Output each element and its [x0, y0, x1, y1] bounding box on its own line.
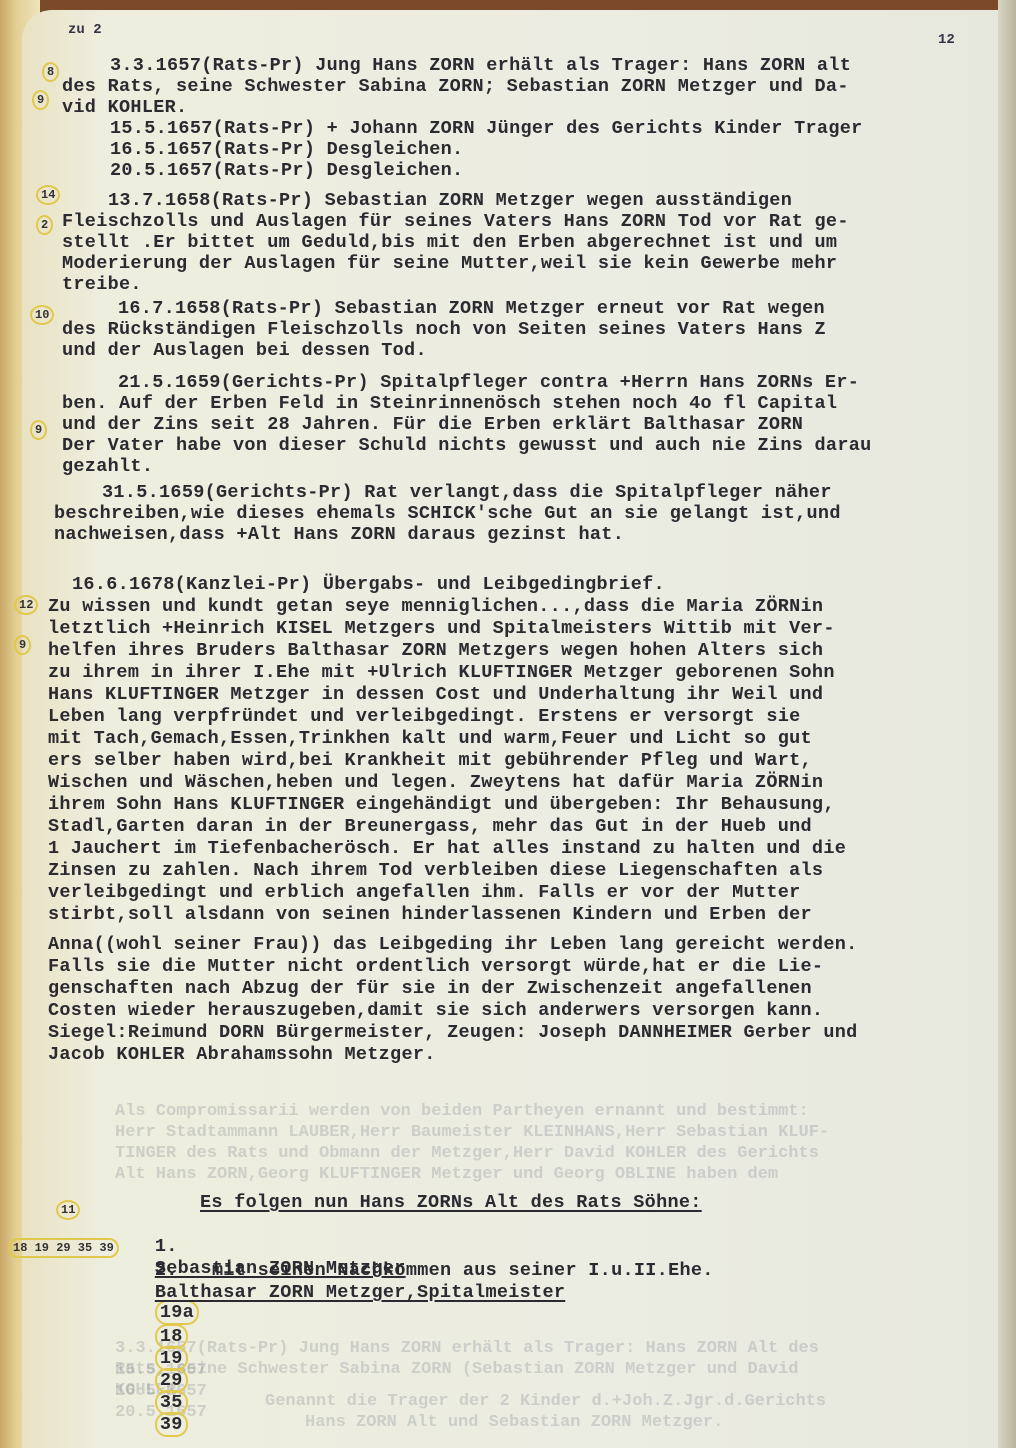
- entry-line: Moderierung der Auslagen für seine Mutte…: [62, 253, 837, 275]
- entry-line: Leben lang verpfründet und verleibgeding…: [48, 706, 801, 728]
- entry-line: des Rats, seine Schwester Sabina ZORN; S…: [62, 76, 849, 98]
- son-ref: 39: [155, 1412, 188, 1437]
- entry-line: Costen wieder herauszugeben,damit sie si…: [48, 1000, 823, 1022]
- son-number: 2.: [155, 1260, 178, 1281]
- son-name: Balthasar ZORN Metzger,Spitalmeister: [155, 1282, 565, 1303]
- entry-line: ers selber haben wird,bei Krankheit mit …: [48, 750, 812, 772]
- entry-line: 3.3.1657(Rats-Pr) Jung Hans ZORN erhält …: [110, 55, 851, 77]
- entry-line: 31.5.1659(Gerichts-Pr) Rat verlangt,dass…: [102, 482, 832, 504]
- entry-line: Hans KLUFTINGER Metzger in dessen Cost u…: [48, 684, 823, 706]
- entry-line: 1 Jauchert im Tiefenbacherösch. Er hat a…: [48, 838, 846, 860]
- entry-line: Falls sie die Mutter nicht ordentlich ve…: [48, 956, 823, 978]
- entry-line: gezahlt.: [62, 456, 153, 478]
- entry-line: stirbt,soll alsdann von seinen hinderlas…: [48, 904, 812, 926]
- bleed-through-block-1: Als Compromissarii werden von beiden Par…: [115, 1080, 829, 1185]
- son-continuation: mit seinen Nachkommen aus seiner I.u.II.…: [212, 1260, 714, 1282]
- entry-line: 13.7.1658(Rats-Pr) Sebastian ZORN Metzge…: [108, 190, 792, 212]
- entry-line: zu ihrem in ihrer I.Ehe mit +Ulrich KLUF…: [48, 662, 835, 684]
- entry-line: Wischen und Wäschen,heben und legen. Zwe…: [48, 772, 823, 794]
- entry-line: ihrem Sohn Hans KLUFTINGER eingehändigt …: [48, 794, 835, 816]
- entry-line: Siegel:Reimund DORN Bürgermeister, Zeuge…: [48, 1022, 858, 1044]
- page-number: 12: [938, 32, 955, 48]
- entry-line: 15.5.1657(Rats-Pr) + Johann ZORN Jünger …: [110, 118, 863, 140]
- entry-line: Der Vater habe von dieser Schuld nichts …: [62, 435, 872, 457]
- entry-line: beschreiben,wie dieses ehemals SCHICK'sc…: [54, 503, 841, 525]
- header-reference: zu 2: [68, 22, 102, 38]
- entry-line: stellt .Er bittet um Geduld,bis mit den …: [62, 232, 837, 254]
- margin-refs-circled: 18 19 29 35 39: [8, 1238, 119, 1258]
- entry-line: 16.5.1657(Rats-Pr) Desgleichen.: [110, 139, 463, 161]
- entry-line: 16.6.1678(Kanzlei-Pr) Übergabs- und Leib…: [72, 574, 665, 596]
- entry-line: nachweisen,dass +Alt Hans ZORN daraus ge…: [54, 524, 624, 546]
- entry-line: Jacob KOHLER Abrahamssohn Metzger.: [48, 1044, 436, 1066]
- entry-line: und der Auslagen bei dessen Tod.: [62, 340, 427, 362]
- page-edge: [998, 0, 1016, 1448]
- entry-line: Fleischzolls und Auslagen für seines Vat…: [62, 211, 849, 233]
- entry-line: 16.7.1658(Rats-Pr) Sebastian ZORN Metzge…: [118, 298, 825, 320]
- entry-line: 20.5.1657(Rats-Pr) Desgleichen.: [110, 160, 463, 182]
- entry-line: treibe.: [62, 274, 142, 296]
- entry-line: und der Zins seit 28 Jahren. Für die Erb…: [62, 414, 803, 436]
- sons-heading: Es folgen nun Hans ZORNs Alt des Rats Sö…: [200, 1192, 702, 1214]
- entry-line: 21.5.1659(Gerichts-Pr) Spitalpfleger con…: [118, 372, 859, 394]
- entry-line: Anna((wohl seiner Frau)) das Leibgeding …: [48, 934, 858, 956]
- entry-line: helfen ihres Bruders Balthasar ZORN Metz…: [48, 640, 823, 662]
- entry-line: letztlich +Heinrich KISEL Metzgers und S…: [48, 618, 835, 640]
- entry-line: ben. Auf der Erben Feld in Steinrinnenös…: [62, 393, 837, 415]
- entry-line: mit Tach,Gemach,Essen,Trinkhen kalt und …: [48, 728, 812, 750]
- entry-line: verleibgedingt und erblich angefallen ih…: [48, 882, 801, 904]
- entry-line: des Rückständigen Fleischzolls noch von …: [62, 319, 826, 341]
- entry-line: Zinsen zu zahlen. Nach ihrem Tod verblei…: [48, 860, 823, 882]
- entry-line: vid KOHLER.: [62, 97, 187, 119]
- entry-line: genschaften nach Abzug der für sie in de…: [48, 978, 812, 1000]
- entry-line: Zu wissen und kundt getan seye menniglic…: [48, 596, 823, 618]
- entry-line: Stadl,Garten daran in der Breunergass, m…: [48, 816, 812, 838]
